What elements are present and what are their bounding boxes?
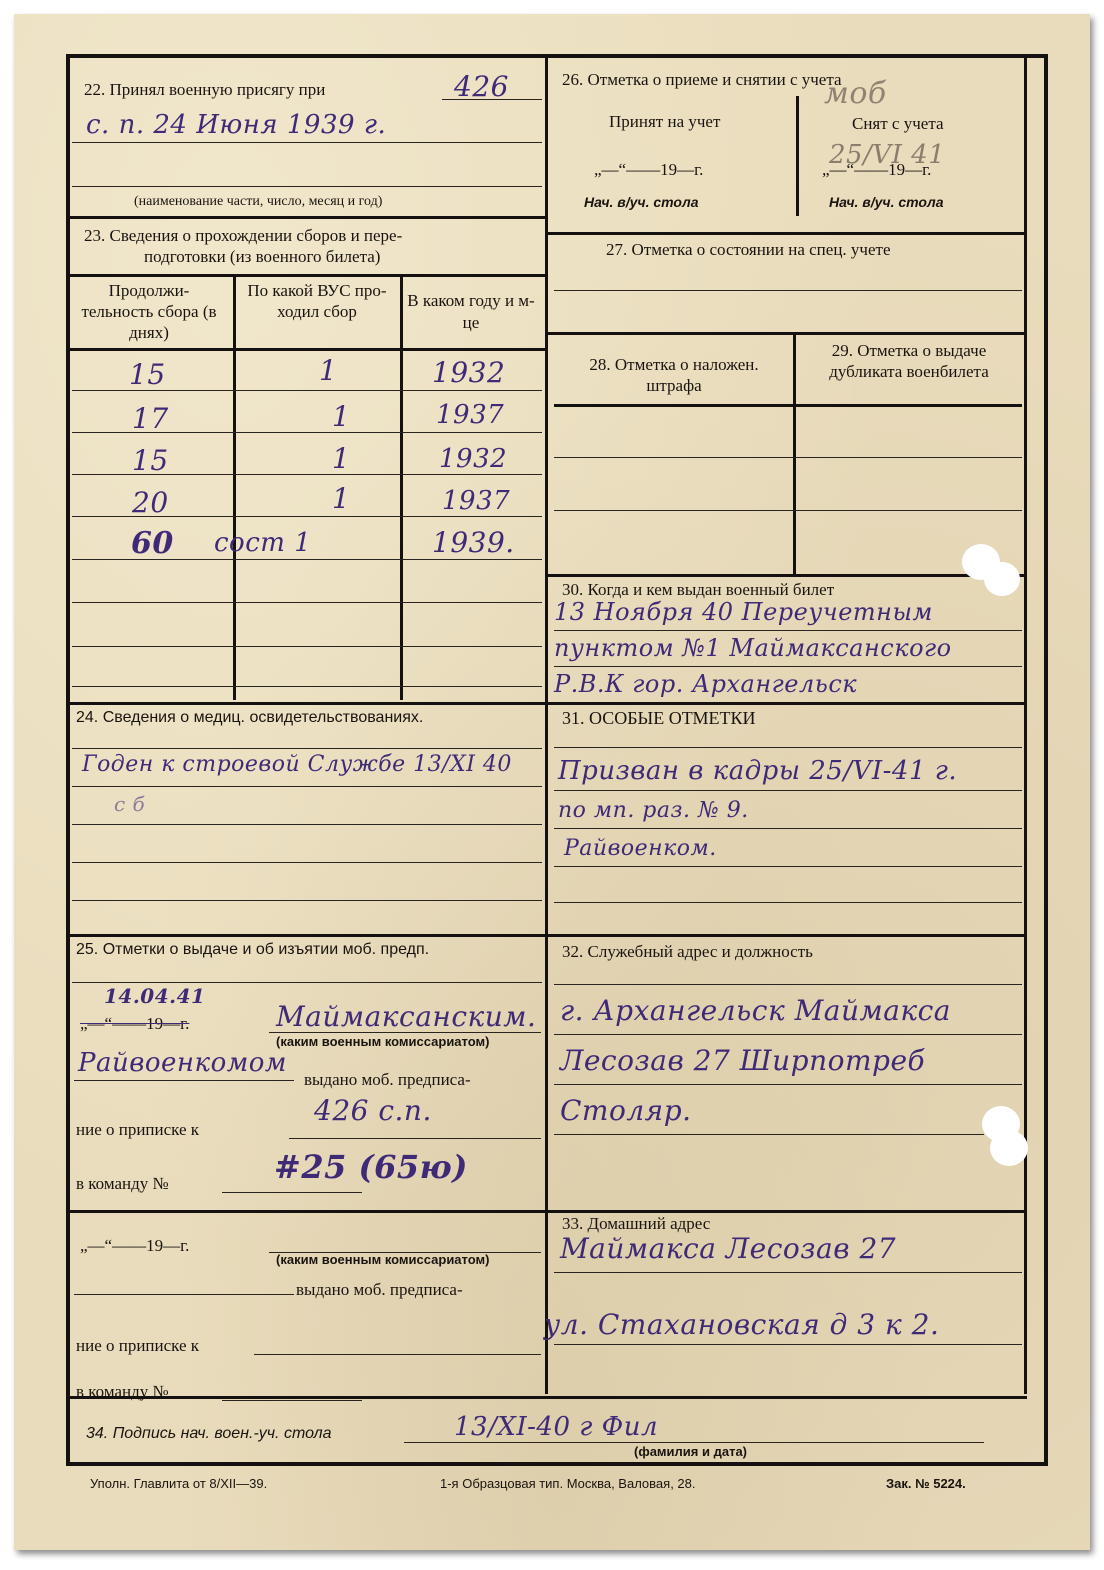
footer-printer: 1-я Образцовая тип. Москва, Валовая, 28. [440,1476,696,1491]
s23-row4-year: 1937 [442,486,510,516]
s22-rule-2 [72,142,542,143]
right-inner-border [1024,56,1027,1394]
s23-row-rule [72,602,542,603]
s23-title-1: 23. Сведения о прохождении сборов и пере… [84,226,402,246]
s32-hand-2: Лесозав 27 Ширпотреб [560,1044,925,1077]
s25-e1-comm-caption: (каким военным комиссариатом) [276,1034,489,1049]
s23-row1-days: 15 [129,358,166,391]
s25-e1-date-print: „—“——19—г. [80,1014,189,1034]
s23-head-bottom [69,348,545,351]
s25-e2-team: в команду № [76,1382,169,1402]
s25-e1-team-rule [222,1192,362,1193]
s23-row5-days: 60 [131,526,174,561]
s31-rule [554,828,1022,829]
s22-rule-3 [72,186,542,187]
s30-rule [554,630,1022,631]
s23-col-vus-header: По какой ВУС про-ходил сбор [242,280,392,322]
s32-hand-3: Столяр. [560,1094,692,1127]
s33-rule [554,1344,1022,1345]
registration-card: 22. Принял военную присягу при 426 с. п.… [14,14,1090,1550]
punch-hole-upper-b [984,562,1020,596]
s33-hand-1: Маймакса Лесозав 27 [560,1232,896,1265]
s23-col-div-2 [400,276,403,700]
s25-e2-attach-rule [254,1354,541,1355]
s32-bottom [548,1210,1024,1213]
s22-rule-1 [442,99,542,100]
s26-accepted-sign: Нач. в/уч. стола [584,192,698,212]
s31-rule [554,747,1022,748]
s23-col-div-1 [233,276,236,700]
s33-rule [554,1272,1022,1273]
s27-rule [554,290,1022,291]
s34-caption: (фамилия и дата) [634,1444,747,1459]
s25-e1-date-hand: 14.04.41 [104,984,205,1008]
s32-rule [554,984,1022,985]
s34-hand-signature: 13/XI-40 г Фил [454,1412,658,1442]
s24-rule [72,824,542,825]
s28-29-bottom [548,574,1024,577]
s23-row-rule [72,686,542,687]
s32-label: 32. Служебный адрес и должность [562,942,813,962]
s23-row1-year: 1932 [432,356,505,389]
s23-row2-year: 1937 [436,400,504,430]
s25-e2-issued: выдано моб. предписа- [296,1280,463,1300]
s32-rule [554,1084,1022,1085]
s25-e2-line2-rule [74,1294,294,1295]
punch-hole-lower-b [990,1130,1028,1166]
s25-label: 25. Отметки о выдаче и об изъятии моб. п… [76,940,429,960]
s31-label: 31. ОСОБЫЕ ОТМЕТКИ [562,708,756,728]
s30-hand-3: Р.В.К гор. Архангельск [554,670,857,698]
s25-e2-date-print: „—“——19—г. [80,1236,189,1256]
s25-e1-team-hand: #25 (65ю) [274,1148,468,1186]
s23-row4-days: 20 [132,486,169,519]
s29-label-text: 29. Отметка о выдаче дубликата военбилет… [829,341,989,381]
s26-removed-sign: Нач. в/уч. стола [829,192,943,212]
s22-hand-date: с. п. 24 Июня 1939 г. [86,110,386,140]
s23-bottom [69,702,545,705]
s24-rule [72,748,542,749]
s25-e1-issued: выдано моб. предписа- [304,1070,471,1090]
s23-col-vus-text: По какой ВУС про-ходил сбор [247,281,386,321]
center-divider [545,56,548,1394]
s30-bottom [548,702,1024,705]
s25-e2-team-rule [222,1400,362,1401]
s32-hand-1: г. Архангельск Маймакса [560,994,951,1027]
s25-e1-attach-rule [289,1138,541,1139]
s28-label-text: 28. Отметка о наложен. штрафа [589,355,758,395]
s23-row2-days: 17 [132,402,169,435]
s27-label: 27. Отметка о состоянии на спец. учете [606,240,891,260]
s26-removed-date: „—“——19—г. [822,160,931,180]
s31-bottom [548,934,1024,937]
s27-bottom [548,332,1024,335]
s25-e1-team: в команду № [76,1174,169,1194]
s26-hand-mob: моб [824,76,887,111]
s22-bottom [69,216,545,219]
s23-row3-vus: 1 [332,442,350,475]
s23-row3-days: 15 [132,444,169,477]
s25-e1-comm-rule [269,1032,541,1033]
s25-mid [69,1210,545,1213]
s31-rule [554,902,1022,903]
s25-e1-commissariat-hand: Маймаксанским. [276,1000,536,1033]
s23-title-2: подготовки (из военного билета) [144,247,380,267]
s25-e1-attach-hand: 426 с.п. [314,1094,432,1127]
s30-hand-2: пунктом №1 Маймаксанского [554,634,952,662]
s25-rule [72,982,542,983]
s28-rule [554,457,1022,458]
s23-col-days-header: Продолжи-тельность сбора (в днях) [74,280,224,343]
s25-e2-comm-caption: (каким военным комиссариатом) [276,1252,489,1267]
s25-e1-line2-hand: Райвоенкомом [78,1048,287,1078]
s23-row2-vus: 1 [332,400,350,433]
s30-rule [554,666,1022,667]
s26-accepted-title: Принят на учет [609,112,720,132]
s25-e1-attach: ние о приписке к [76,1120,199,1140]
s34-label: 34. Подпись нач. воен.-уч. стола [86,1424,332,1444]
s26-removed-title: Снят с учета [852,114,944,134]
s24-rule [72,786,542,787]
s24-rule [72,900,542,901]
s22-caption: (наименование части, число, месяц и год) [134,194,382,210]
s25-e2-attach: ние о приписке к [76,1336,199,1356]
s26-label: 26. Отметка о приеме и снятии с учета [562,70,842,90]
s29-label: 29. Отметка о выдаче дубликата военбилет… [809,340,1009,382]
lower-band-top [69,1396,1027,1399]
s33-hand-2: ул. Стахановская д 3 к 2. [544,1308,939,1341]
s24-hand-line1: Годен к строевой Службе 13/XI 40 [82,752,512,777]
s24-rule [72,862,542,863]
s23-row3-year: 1932 [439,444,507,474]
s31-hand-3: Райвоенком. [564,836,717,861]
s23-row5-vus: сост 1 [214,528,311,558]
s31-rule [554,790,1022,791]
s23-head-top [69,274,545,277]
s24-hand-line2: с б [114,792,145,816]
s26-divider [796,96,799,216]
s23-row4-vus: 1 [332,482,350,515]
s28-rule [554,510,1022,511]
s23-row1-vus: 1 [319,354,337,387]
s28-29-divider [793,334,796,574]
s30-label: 30. Когда и кем выдан военный билет [562,580,834,600]
s23-col-days-text: Продолжи-тельность сбора (в днях) [81,281,216,342]
footer-order-number: Зак. № 5224. [886,1476,966,1491]
s31-hand-1: Призван в кадры 25/VI-41 г. [558,756,957,786]
s26-accepted-date: „—“——19—г. [594,160,703,180]
s23-col-year-text: В каком году и м-це [407,291,534,332]
footer-censor: Уполн. Главлита от 8/XII—39. [90,1476,267,1491]
s24-label: 24. Сведения о медиц. освидетельствовани… [76,708,423,728]
s32-rule [554,1034,1022,1035]
s31-hand-2: по мп. раз. № 9. [558,798,749,823]
s23-row-rule [72,646,542,647]
s28-29-header-bottom [554,404,1022,407]
s31-rule [554,866,1022,867]
s34-rule [404,1442,984,1443]
s25-e1-line2-rule [74,1080,294,1081]
s26-bottom [548,232,1024,235]
s24-bottom [69,934,545,937]
s22-label: 22. Принял военную присягу при [84,80,325,100]
s30-hand-1: 13 Ноября 40 Переучетным [554,598,933,626]
s23-row5-year: 1939. [432,526,515,559]
s33-label: 33. Домашний адрес [562,1214,710,1234]
s32-rule [554,1134,984,1135]
s28-label: 28. Отметка о наложен. штрафа [564,354,784,396]
s23-col-year-header: В каком году и м-це [406,290,536,334]
